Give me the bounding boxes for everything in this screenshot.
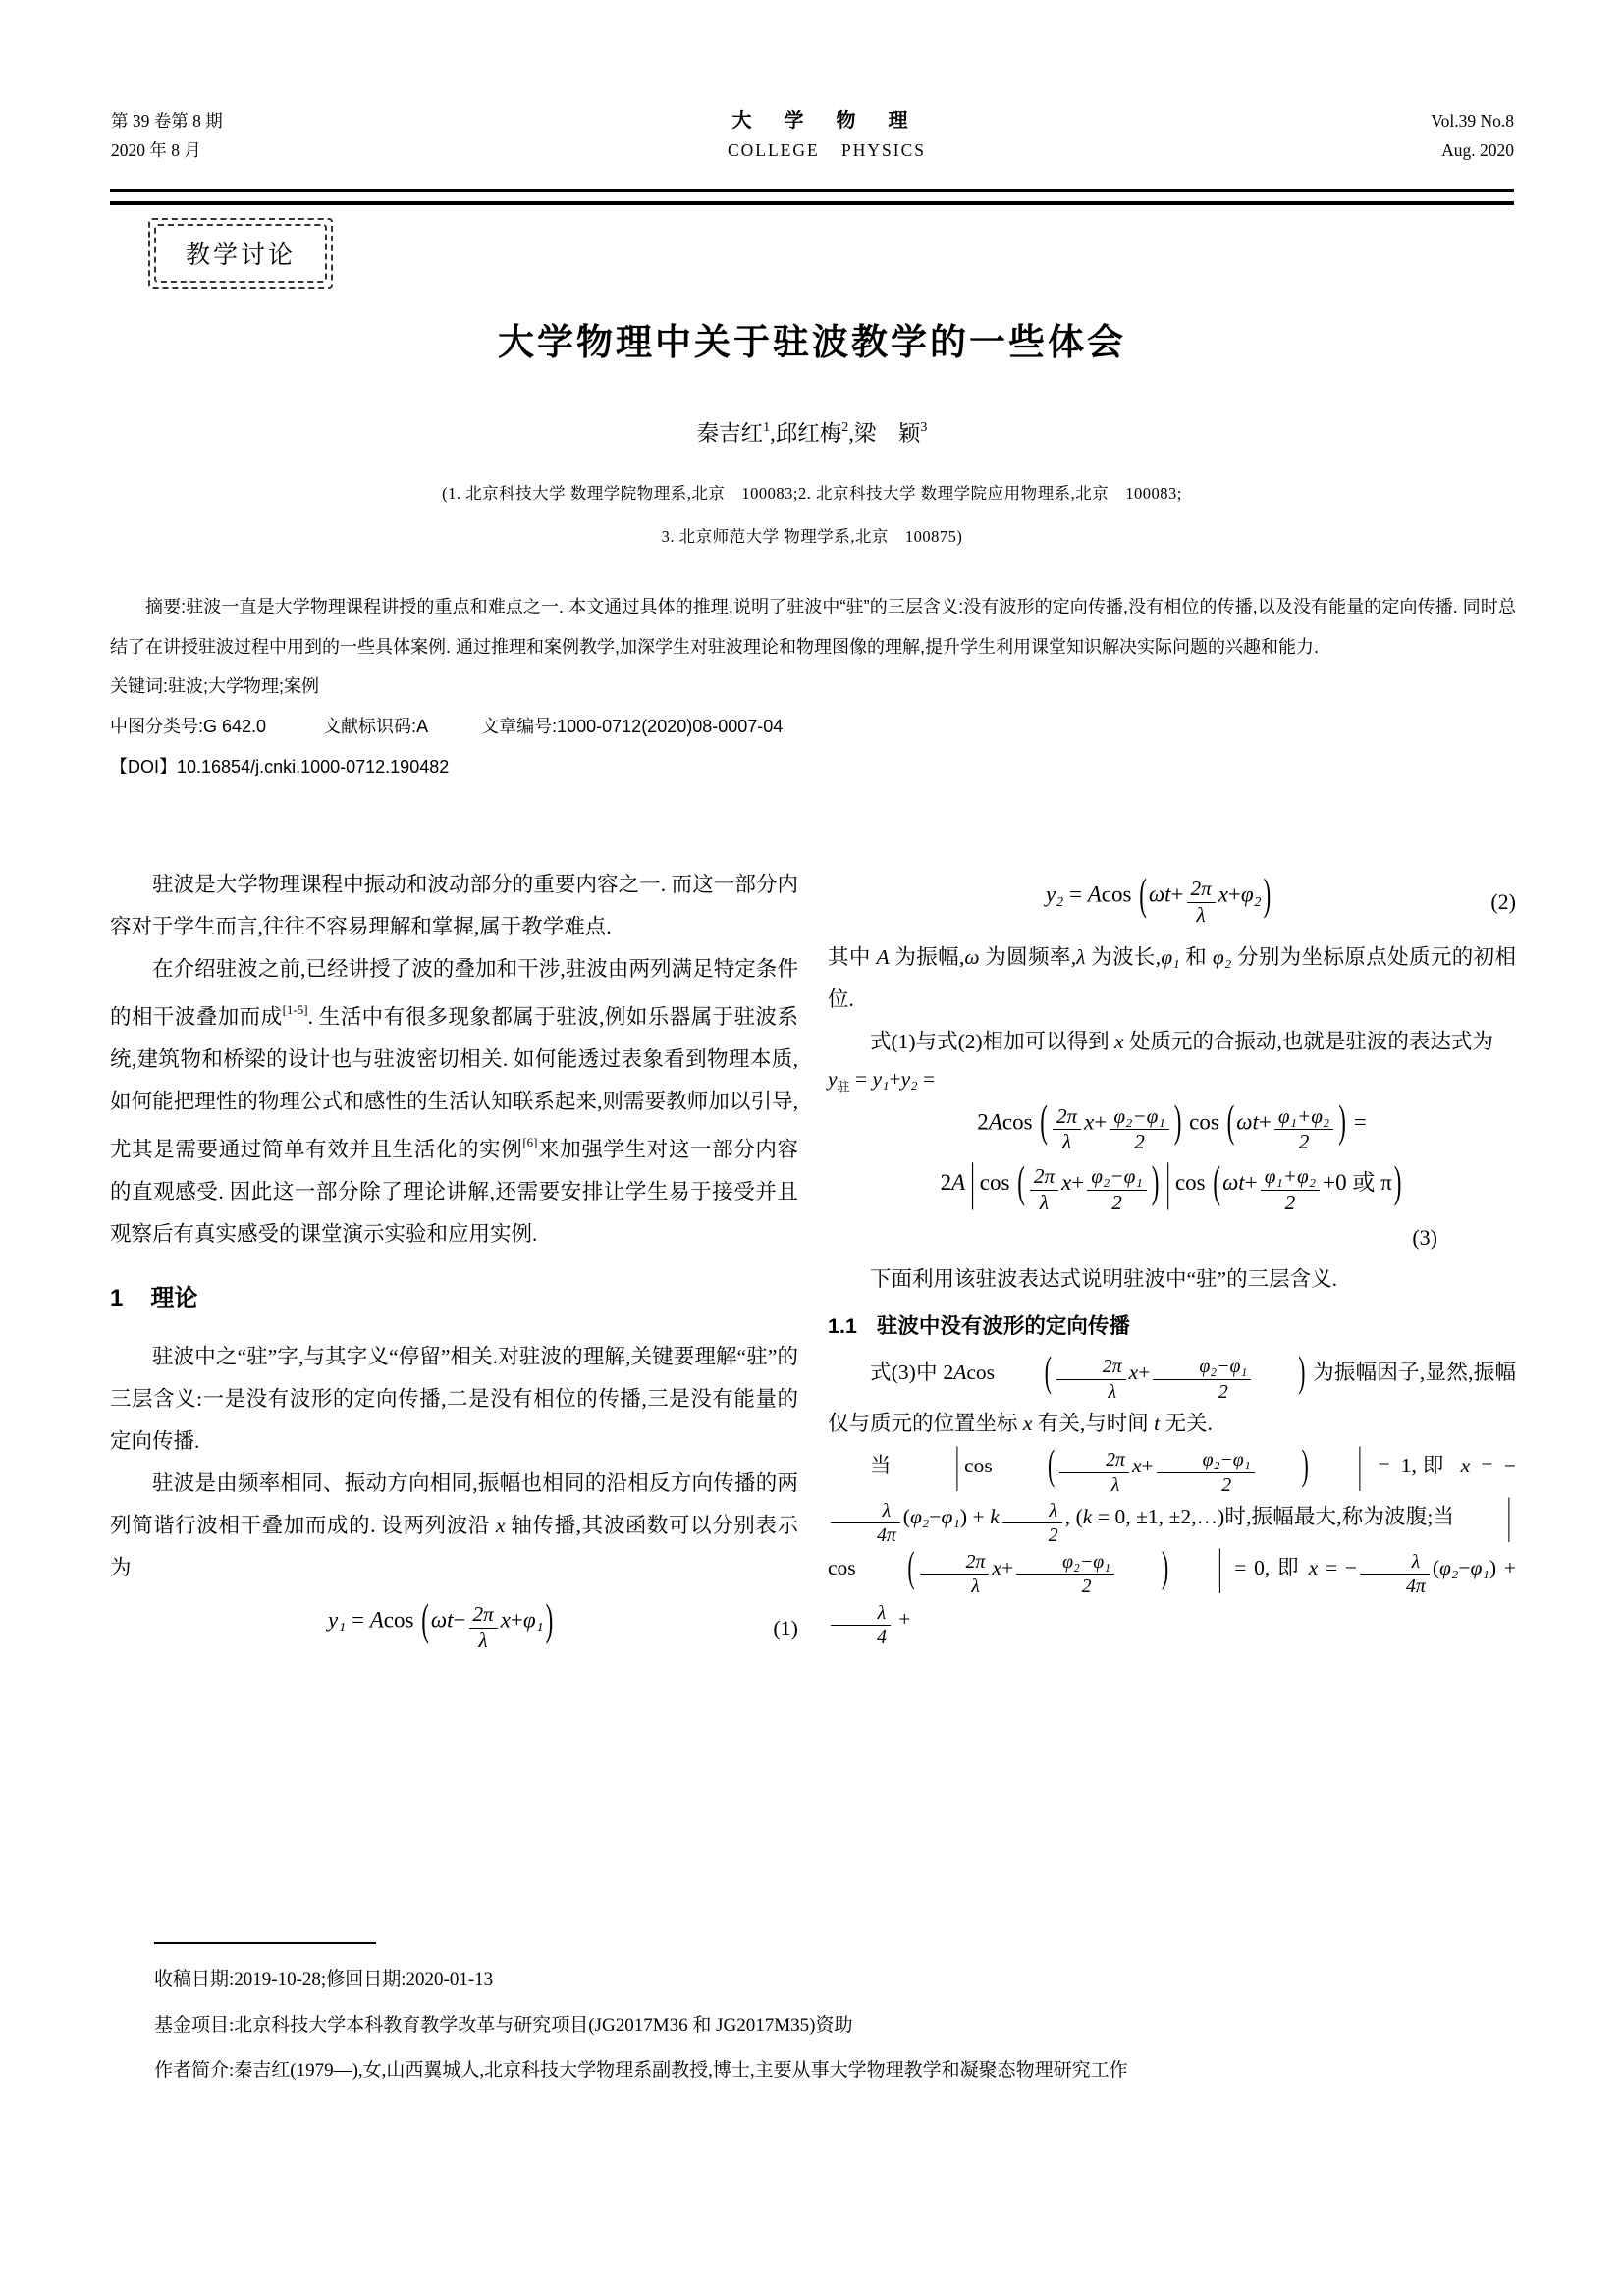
text-run: ,梁 颖: [848, 421, 920, 446]
keywords-label: 关键词:: [110, 676, 168, 696]
fraction: φ₂−φ₁2: [1016, 1551, 1114, 1597]
math-roman: cos: [1002, 1109, 1038, 1134]
math-roman: cos: [1175, 1170, 1211, 1195]
math-variable: φ₁: [523, 1608, 544, 1632]
open-paren: (: [1005, 1423, 1055, 1508]
math-roman: cos: [1102, 882, 1137, 907]
equation-number: (3): [828, 1225, 1516, 1251]
header-journal-title: 大 学 物 理 COLLEGE PHYSICS: [728, 106, 926, 165]
fraction-numerator: λ: [831, 1500, 900, 1523]
doi-line: 【DOI】10.16854/j.cnki.1000-0712.190482: [110, 747, 1516, 787]
fraction: φ₁+φ₂2: [1261, 1165, 1320, 1214]
journal-header: 第 39 卷第 8 期 2020 年 8 月 大 学 物 理 COLLEGE P…: [111, 106, 1514, 165]
reference-superscript: 3: [920, 420, 927, 435]
fraction-numerator: φ₂−φ₁: [1016, 1551, 1114, 1575]
section-heading: 1理论: [110, 1281, 798, 1316]
body-column-right: y₂ = Acos (ωt+2πλx+φ₂)(2)其中 A 为振幅,ω 为圆频率…: [828, 864, 1516, 1648]
abs-bar: |: [1465, 1468, 1511, 1566]
math-roman: =: [346, 1608, 369, 1632]
fraction-denominator: λ: [1187, 903, 1216, 928]
section-number: 1: [110, 1285, 123, 1311]
paragraph: 其中 A 为振幅,ω 为圆频率,λ 为波长,φ₁ 和 φ₂ 分别为坐标原点处质元…: [828, 936, 1516, 1021]
equation-body: y₁ = Acos (ωt−2πλx+φ₁): [110, 1603, 773, 1652]
fraction: 2πλ: [1056, 1356, 1126, 1402]
math-variable: y₁: [872, 1067, 889, 1091]
text-run: 即: [1277, 1556, 1309, 1579]
text-run: 处质元的合振动,也就是驻波的表达式为: [1124, 1030, 1493, 1053]
math-roman: = −: [1318, 1556, 1357, 1579]
paragraph: 当 |cos (2πλx+φ₂−φ₁2)| = 1,即 x = −λ4π(φ₂−…: [828, 1445, 1516, 1649]
math-variable: ω: [964, 945, 979, 969]
math-roman: +: [1245, 1170, 1258, 1195]
keywords-line: 关键词:驻波;大学物理;案例: [110, 667, 1516, 707]
fraction-numerator: φ₁+φ₂: [1274, 1105, 1333, 1131]
abstract-label: 摘要:: [145, 597, 186, 616]
math-roman: =: [850, 1067, 873, 1091]
fraction: φ₂−φ₁2: [1110, 1105, 1168, 1154]
math-variable: A: [953, 1361, 966, 1384]
fraction-numerator: φ₂−φ₁: [1157, 1449, 1255, 1472]
fraction-denominator: 4π: [1360, 1575, 1430, 1597]
fraction-denominator: λ: [1053, 1130, 1081, 1154]
fraction-denominator: λ: [1059, 1473, 1129, 1496]
abstract-block: 摘要:驻波一直是大学物理课程讲授的重点和难点之一. 本文通过具体的推理,说明了驻…: [110, 587, 1516, 787]
math-variable: A: [1088, 882, 1102, 907]
equation-line: 2A|cos (2πλx+φ₂−φ₁2)|cos (ωt+φ₁+φ₂2+0 或 …: [828, 1164, 1516, 1215]
equation: y₂ = Acos (ωt+2πλx+φ₂)(2): [828, 878, 1516, 927]
text-run: 驻波中之“驻”字,与其字义“停留”相关.对驻波的理解,关键要理解“驻”的三层含义…: [110, 1345, 798, 1453]
equation-number: (2): [1490, 889, 1516, 915]
open-paren: (: [1040, 1096, 1048, 1148]
math-roman: +: [1171, 882, 1184, 907]
fraction: λ4π: [1360, 1551, 1430, 1597]
math-variable: φ₂: [1241, 882, 1262, 907]
fraction: 2πλ: [1053, 1105, 1081, 1154]
close-paren: ): [1264, 870, 1272, 921]
fraction-numerator: λ: [1360, 1551, 1430, 1575]
fraction-denominator: λ: [1056, 1380, 1126, 1403]
fraction-denominator: 2: [1153, 1380, 1251, 1403]
affiliation-line-2: 3. 北京师范大学 物理学系,北京 100875): [0, 523, 1624, 547]
math-roman: 2: [977, 1109, 989, 1134]
text-run: 当: [870, 1454, 908, 1477]
abs-bar: |: [970, 1153, 975, 1212]
paragraph: 驻波是大学物理课程中振动和波动部分的重要内容之一. 而这一部分内容对于学生而言,…: [110, 864, 798, 948]
article-title: 大学物理中关于驻波教学的一些体会: [0, 312, 1624, 365]
math-variable: y: [828, 1067, 838, 1091]
reference-superscript: [1-5]: [283, 1002, 308, 1017]
column-badge-label: 教学讨论: [154, 224, 327, 283]
fraction-numerator: 2π: [1187, 878, 1216, 903]
math-roman: (: [903, 1505, 910, 1528]
close-paren: ): [1174, 1096, 1182, 1148]
journal-title-cn: 大 学 物 理: [728, 106, 926, 135]
abs-bar: |: [1316, 1417, 1362, 1515]
fraction: 2πλ: [1059, 1449, 1129, 1495]
fraction-denominator: 2: [1002, 1523, 1062, 1546]
open-paren: (: [865, 1525, 914, 1610]
clc-value: G 642.0: [203, 717, 266, 736]
math-variable: x: [496, 1514, 506, 1537]
fraction: 2πλ: [1030, 1165, 1058, 1214]
math-roman: +: [1001, 1556, 1013, 1579]
fraction-numerator: φ₂−φ₁: [1153, 1356, 1251, 1379]
equation: y₁ = Acos (ωt−2πλx+φ₁)(1): [110, 1603, 798, 1652]
fraction-numerator: φ₂−φ₁: [1087, 1165, 1146, 1191]
text-run: 式(3)中 2: [870, 1361, 953, 1384]
math-roman: −: [454, 1608, 466, 1632]
reference-superscript: 1: [763, 420, 770, 435]
math-roman: π: [1375, 1170, 1391, 1195]
reference-superscript: [6]: [522, 1135, 537, 1149]
open-paren: (: [421, 1595, 429, 1646]
math-variable: φ₂: [1439, 1556, 1458, 1579]
fraction-denominator: 4: [831, 1626, 891, 1648]
math-variable: x: [1132, 1454, 1142, 1477]
equation-body: y₂ = Acos (ωt+2πλx+φ₂): [828, 878, 1490, 927]
reference-superscript: 2: [841, 420, 848, 435]
article-id-label: 文章编号:: [481, 717, 557, 736]
math-roman: +: [1094, 1109, 1107, 1134]
fraction-denominator: 2: [1087, 1191, 1146, 1215]
fraction: 2πλ: [920, 1551, 990, 1597]
issue-volume: 第 39 卷第 8 期: [111, 106, 223, 135]
header-issue: 第 39 卷第 8 期 2020 年 8 月: [111, 106, 223, 165]
close-paren: ): [546, 1595, 554, 1646]
footer-bio-line: 作者简介:秦吉红(1979—),女,山西翼城人,北京科技大学物理系副教授,博士,…: [110, 2049, 1526, 2095]
fraction-denominator: λ: [920, 1575, 990, 1597]
paragraph: 式(1)与式(2)相加可以得到 x 处质元的合振动,也就是驻波的表达式为: [828, 1021, 1516, 1063]
math-roman: ) +: [960, 1505, 990, 1528]
abs-bar: |: [913, 1417, 959, 1515]
math-variable: y₂: [1046, 882, 1063, 907]
math-roman: +0: [1323, 1170, 1352, 1195]
section-title: 理论: [150, 1285, 197, 1311]
close-paren: ): [1256, 1330, 1305, 1415]
paragraph: 在介绍驻波之前,已经讲授了波的叠加和干涉,驻波由两列满足特定条件的相干波叠加而成…: [110, 948, 798, 1255]
math-variable: x: [501, 1608, 511, 1632]
doc-code-label: 文献标识码:: [323, 717, 416, 736]
math-variable: x: [1114, 1030, 1124, 1053]
math-variable: k: [990, 1505, 1000, 1528]
math-variable: x: [1061, 1170, 1071, 1195]
close-paren: ): [1260, 1423, 1309, 1508]
body-column-left: 驻波是大学物理课程中振动和波动部分的重要内容之一. 而这一部分内容对于学生而言,…: [110, 864, 798, 1663]
equation-line: y驻 = y₁+y₂ =: [828, 1067, 1516, 1095]
fraction: φ₂−φ₁2: [1153, 1356, 1251, 1402]
math-roman: +: [1071, 1170, 1084, 1195]
math-variable: x: [1309, 1556, 1319, 1579]
text-run: 为圆频率,: [980, 945, 1077, 969]
math-subscript: 驻: [838, 1080, 850, 1095]
math-roman: cos: [384, 1608, 419, 1632]
abstract-paragraph: 摘要:驻波一直是大学物理课程讲授的重点和难点之一. 本文通过具体的推理,说明了驻…: [110, 587, 1516, 667]
fraction: φ₂−φ₁2: [1157, 1449, 1255, 1495]
math-variable: ωt: [1149, 882, 1171, 907]
math-variable: ωt: [1236, 1109, 1259, 1134]
fraction-numerator: 2π: [920, 1551, 990, 1575]
text-run: 或: [1352, 1170, 1375, 1195]
fraction-numerator: φ₂−φ₁: [1110, 1105, 1168, 1131]
abstract-text: 驻波一直是大学物理课程讲授的重点和难点之一. 本文通过具体的推理,说明了驻波中“…: [110, 597, 1516, 657]
fraction-denominator: 2: [1157, 1473, 1255, 1496]
math-roman: cos: [964, 1454, 1003, 1477]
math-roman: =: [918, 1067, 936, 1091]
math-roman: cos: [828, 1556, 863, 1579]
open-paren: (: [1139, 870, 1147, 921]
abs-bar: |: [1165, 1153, 1170, 1212]
section-heading: 1.1驻波中没有波形的定向传播: [828, 1307, 1516, 1346]
open-paren: (: [1002, 1330, 1052, 1415]
equation-multiline: y驻 = y₁+y₂ =2Acos (2πλx+φ₂−φ₁2) cos (ωt+…: [828, 1067, 1516, 1250]
fraction: 2πλ: [469, 1603, 498, 1652]
date-en: Aug. 2020: [1431, 135, 1514, 165]
paragraph: 驻波是由频率相同、振动方向相同,振幅也相同的沿相反方向传播的两列简谐行波相干叠加…: [110, 1463, 798, 1589]
close-paren: ): [1119, 1525, 1168, 1610]
math-variable: A: [989, 1109, 1002, 1134]
math-roman: 2: [941, 1170, 952, 1195]
math-roman: = 0,: [1227, 1556, 1278, 1579]
vol-no: Vol.39 No.8: [1431, 106, 1514, 135]
close-paren: ): [1394, 1157, 1402, 1208]
paragraph: 下面利用该驻波表达式说明驻波中“驻”的三层含义.: [828, 1258, 1516, 1301]
math-roman: cos: [1183, 1109, 1224, 1134]
text-run: 其中: [828, 945, 876, 969]
fraction-denominator: λ: [469, 1629, 498, 1653]
affiliation-line-1: (1. 北京科技大学 数理学院物理系,北京 100083;2. 北京科技大学 数…: [0, 480, 1624, 504]
text-run: 驻波是大学物理课程中振动和波动部分的重要内容之一. 而这一部分内容对于学生而言,…: [110, 873, 798, 938]
fraction-numerator: 2π: [1030, 1165, 1058, 1191]
fraction-denominator: λ: [1030, 1191, 1058, 1215]
math-roman: +: [511, 1608, 523, 1632]
issue-date: 2020 年 8 月: [111, 135, 223, 165]
section-number: 1.1: [828, 1314, 857, 1338]
text-run: 即: [1417, 1454, 1461, 1477]
footer-received-line: 收稿日期:2019-10-28;修回日期:2020-01-13: [110, 1957, 1526, 2003]
page-footer: 收稿日期:2019-10-28;修回日期:2020-01-13 基金项目:北京科…: [110, 1942, 1526, 2095]
text-run: ,邱红梅: [770, 421, 841, 446]
math-roman: =: [1063, 882, 1087, 907]
text-run: 式(1)与式(2)相加可以得到: [870, 1030, 1114, 1053]
text-run: 和: [1180, 945, 1213, 969]
math-roman: +: [1142, 1454, 1154, 1477]
keywords-text: 驻波;大学物理;案例: [168, 676, 319, 696]
math-roman: , (: [1065, 1505, 1083, 1528]
math-variable: x: [1084, 1109, 1094, 1134]
equation-line: 2Acos (2πλx+φ₂−φ₁2) cos (ωt+φ₁+φ₂2) =: [828, 1105, 1516, 1154]
math-variable: x: [992, 1556, 1001, 1579]
math-variable: A: [876, 945, 889, 969]
math-roman: +: [1259, 1109, 1272, 1134]
clc-label: 中图分类号:: [110, 717, 203, 736]
equation-number: (1): [773, 1616, 798, 1641]
doc-code-value: A: [416, 717, 428, 736]
footnote-rule: [154, 1942, 376, 1944]
math-variable: φ₂: [1213, 945, 1231, 969]
math-variable: ωt: [431, 1608, 454, 1632]
math-roman: +: [1228, 882, 1241, 907]
fraction: φ₂−φ₁2: [1087, 1165, 1146, 1214]
math-variable: k: [1083, 1505, 1093, 1528]
author-line: 秦吉红1,邱红梅2,梁 颖3: [0, 416, 1624, 448]
paragraph: 驻波中之“驻”字,与其字义“停留”相关.对驻波的理解,关键要理解“驻”的三层含义…: [110, 1336, 798, 1463]
math-roman: cos: [966, 1361, 1000, 1384]
math-roman: =: [1348, 1109, 1367, 1134]
open-paren: (: [1017, 1157, 1025, 1208]
journal-title-en: COLLEGE PHYSICS: [728, 135, 926, 165]
math-roman: +: [889, 1067, 900, 1091]
fraction-denominator: 2: [1261, 1191, 1320, 1215]
article-id-value: 1000-0712(2020)08-0007-04: [557, 717, 783, 736]
math-variable: y₂: [901, 1067, 918, 1091]
close-paren: ): [1338, 1096, 1346, 1148]
fraction-denominator: 2: [1110, 1130, 1168, 1154]
math-roman: +: [1138, 1361, 1150, 1384]
fraction-numerator: 2π: [469, 1603, 498, 1629]
fraction: 2πλ: [1187, 878, 1216, 927]
math-variable: x: [1218, 882, 1228, 907]
math-variable: φ₁: [1161, 945, 1179, 969]
math-roman: cos: [980, 1170, 1015, 1195]
journal-page: 第 39 卷第 8 期 2020 年 8 月 大 学 物 理 COLLEGE P…: [0, 0, 1624, 2296]
footer-fund-line: 基金项目:北京科技大学本科教育教学改革与研究项目(JG2017M36 和 JG2…: [110, 2003, 1526, 2050]
fraction-denominator: 2: [1274, 1130, 1333, 1154]
abs-bar: |: [1175, 1520, 1221, 1617]
text-run: 为振幅,: [890, 945, 965, 969]
text-run: 下面利用该驻波表达式说明驻波中“驻”的三层含义.: [870, 1267, 1337, 1291]
math-roman: = 1,: [1367, 1454, 1417, 1477]
classification-line: 中图分类号:G 642.0文献标识码:A文章编号:1000-0712(2020)…: [110, 707, 1516, 747]
text-run: 无关.: [1160, 1412, 1213, 1435]
text-run: 秦吉红: [697, 421, 764, 446]
math-roman: (: [1433, 1556, 1439, 1579]
fraction-numerator: φ₁+φ₂: [1261, 1165, 1320, 1191]
fraction-numerator: 2π: [1053, 1105, 1081, 1131]
math-variable: x: [1129, 1361, 1139, 1384]
fraction: φ₁+φ₂2: [1274, 1105, 1333, 1154]
column-badge: 教学讨论: [148, 218, 333, 289]
math-variable: A: [951, 1170, 965, 1195]
fraction-denominator: 2: [1016, 1575, 1114, 1597]
close-paren: ): [1152, 1157, 1160, 1208]
math-variable: A: [370, 1608, 384, 1632]
header-vol-en: Vol.39 No.8 Aug. 2020: [1431, 106, 1514, 165]
math-variable: y₁: [328, 1608, 346, 1632]
math-variable: ωt: [1222, 1170, 1245, 1195]
fraction-numerator: 2π: [1056, 1356, 1126, 1379]
fraction-numerator: 2π: [1059, 1449, 1129, 1472]
text-run: 为波长,: [1085, 945, 1161, 969]
open-paren: (: [1227, 1096, 1235, 1148]
header-double-rule: [110, 189, 1514, 205]
open-paren: (: [1213, 1157, 1220, 1208]
